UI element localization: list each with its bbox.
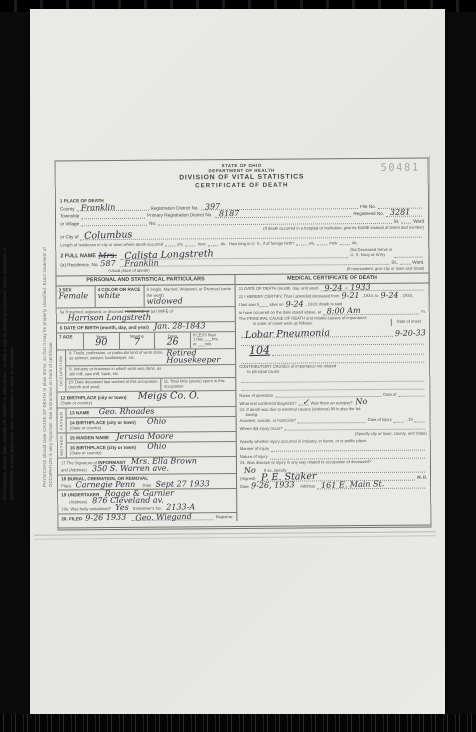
- abode-note: (Usual place of abode): [108, 269, 149, 274]
- date-of-death-field: 9-24 - 1933: [320, 285, 423, 292]
- ds-label: ds.: [221, 242, 227, 247]
- nature-label: Nature of injury: [240, 455, 268, 460]
- father-birthplace-row: 14 BIRTHPLACE (city or town) Ohio (State…: [67, 417, 236, 433]
- mother-birthplace-label: 16 BIRTHPLACE (city or town): [70, 445, 136, 451]
- cause-field: Lobar Pneumonia: [241, 328, 393, 338]
- primary-registration-value: 8187: [218, 211, 239, 218]
- navy-army-line2: U. S. Navy or Army: [350, 252, 385, 257]
- township-label: Township: [60, 213, 79, 219]
- bleed-text-line1: PHYSICIANS should state CAUSE OF DEATH i…: [2, 140, 7, 500]
- principal-cause-header: The PRINCIPAL CAUSE OF DEATH and related…: [239, 316, 426, 327]
- accident-label: Accident, suicide, or homicide?: [240, 419, 296, 424]
- county-field: Franklin: [76, 205, 148, 212]
- form-header: STATE OF OHIO DEPARTMENT OF HEALTH DIVIS…: [56, 159, 428, 198]
- residence-ward-field: [400, 259, 410, 265]
- color-value: white: [98, 291, 121, 300]
- street-no-label: No.: [149, 220, 156, 226]
- spouse-row: 5a If married, widowed, or divorced HUSB…: [57, 307, 235, 324]
- mother-name-value: Jerusia Moore: [116, 432, 173, 441]
- father-birthplace-value: Ohio: [147, 416, 166, 425]
- address-value: 161 E. Main St.: [321, 482, 384, 490]
- manner-row: Manner of injury: [240, 445, 427, 452]
- filed-row: 20. FILED 9-26 1933 Geo. Wiegand Registr…: [58, 513, 236, 523]
- last-saw-value: 9-24: [285, 301, 303, 308]
- embalmer-no-label: Embalmer's No.: [133, 505, 162, 510]
- diagnosis-test-label: What test confirmed diagnosis?: [239, 401, 296, 406]
- wife-of-label: (or) WIFE of: [151, 308, 173, 313]
- injury-19-label: , 19: [406, 418, 413, 423]
- attended-from-value: 9-21: [341, 293, 359, 300]
- less-than-day-cell: If LESS than 1 day, ___hrs. or ___min.: [191, 332, 235, 349]
- father-block: FATHER 13 NAME Geo. Rhoades 14 BIRTHPLAC…: [58, 407, 236, 433]
- embalmer-no-value: 2133-A: [166, 502, 195, 511]
- foreign-yrs-field: [297, 240, 307, 246]
- informant-address-value: 350 S. Warren ave.: [92, 464, 169, 474]
- county-value: Franklin: [80, 204, 115, 211]
- injury-date-field: [394, 417, 404, 423]
- contributory-line2: to principal cause:: [247, 369, 280, 374]
- signature-date-row: Date 9-26, 1933 Address 161 E. Main St.: [240, 482, 427, 490]
- sex-cell: 3 SEX Female: [57, 286, 96, 307]
- village-field: [81, 220, 147, 227]
- spouse-value: Harrison Longstreth: [68, 312, 151, 322]
- cause-of-death-value: Lobar Pneumonia: [245, 329, 330, 339]
- scanned-paper: PHYSICIANS should state CAUSE OF DEATH i…: [30, 9, 445, 716]
- ward-label: Ward: [413, 218, 424, 224]
- burial-date-value: Sept 27 1933: [155, 479, 209, 488]
- mother-vertical-label: MOTHER: [58, 434, 67, 458]
- birthplace-label: 12 BIRTHPLACE (city or town): [60, 395, 126, 401]
- operation-label: Name of operation: [239, 393, 273, 398]
- place-of-death-section: 1 PLACE OF DEATH County Franklin Registr…: [56, 195, 429, 275]
- death-certificate-form: STATE OF OHIO DEPARTMENT OF HEALTH DIVIS…: [55, 158, 432, 531]
- scan-torn-bottom-edge: [0, 714, 476, 732]
- nature-row: Nature of injury: [240, 452, 427, 459]
- foreign-mos-label: mos.: [329, 241, 338, 246]
- mother-birthplace-value: Ohio: [147, 441, 166, 450]
- foreign-birth-note: How long in U. S., if of foreign birth?: [229, 241, 295, 246]
- navy-army-label: Did Deceased Serve in U. S. Navy or Army: [350, 247, 392, 258]
- years-value: 90: [95, 337, 107, 348]
- bleed-text-line2: OCCUPATION is very important. See instru…: [9, 140, 14, 500]
- printed-margin-note: PHYSICIANS should state CAUSE OF DEATH i…: [42, 157, 55, 487]
- mos-label: mos.: [198, 242, 207, 247]
- external-causes-line2: lowing:: [246, 412, 259, 417]
- residence-street-value: Franklin: [124, 260, 159, 267]
- injury-year-field: [415, 416, 425, 422]
- total-time-label: 11. Total time (years) spent in this occ…: [162, 378, 236, 390]
- residence-length-note: Length of residence in city or town wher…: [60, 242, 163, 248]
- file-number-stamp: 50481: [380, 162, 419, 175]
- trade-row: 8. Trade, profession, or particular kind…: [66, 349, 235, 366]
- manner-field: [271, 445, 425, 452]
- marital-value: widowed: [147, 297, 183, 306]
- time-of-death-value: 8:00 Am: [327, 308, 361, 315]
- registered-no-field: 3281: [386, 210, 422, 216]
- certify-to-label: , 1933, to: [361, 294, 378, 299]
- last-saw-label: I last saw h____ alive on: [239, 303, 284, 308]
- margin-note-line2: OCCUPATION is very important. See instru…: [48, 157, 53, 487]
- occupation-related-label: 24. Was disease or injury in any way rel…: [240, 460, 371, 466]
- residence-label: (a) Residence. No.: [60, 262, 98, 268]
- principal-cause-line2: in order of onset were as follows:: [253, 321, 313, 326]
- res-ds-field: [209, 241, 219, 247]
- village-label: or Village: [60, 221, 79, 227]
- age-years-cell: Years 90: [84, 333, 120, 350]
- filed-date-value: 9-26 1933: [85, 514, 126, 522]
- filed-label: 20. FILED: [61, 516, 82, 522]
- certify-to-end: , 1933,: [400, 294, 413, 299]
- signature-date-value: 9-26, 1933: [251, 482, 295, 490]
- where-injury-label: Where did injury occur?: [240, 426, 283, 431]
- registration-district-value: 397: [205, 204, 220, 211]
- city-value: Columbus: [84, 232, 132, 241]
- operation-row: Name of operation Date of: [239, 391, 426, 398]
- file-no-label: File No.: [360, 203, 376, 209]
- residence-st-label: St.,: [391, 260, 398, 266]
- operation-date-field: [398, 391, 424, 397]
- accident-row: Accident, suicide, or homicide? Date of …: [240, 416, 427, 423]
- meridiem-label: m.: [421, 310, 426, 315]
- navy-army-field: [394, 251, 422, 257]
- days-value: 26: [167, 337, 179, 348]
- form-columns: 3 SEX Female 4 COLOR OR RACE white 5 Sin…: [57, 284, 431, 523]
- accident-field: [298, 417, 366, 424]
- age-row: 7 AGE Years 90 Months 7 Days 26: [57, 332, 235, 351]
- age-months-cell: Months 7: [120, 332, 156, 349]
- primary-registration-label: Primary Registration District No.: [147, 212, 212, 218]
- certify-row: 22 I HEREBY CERTIFY, That I attended dec…: [239, 292, 426, 300]
- last-worked-row: 10. Date deceased last worked at this oc…: [66, 378, 235, 391]
- informant-address-label: and (Address): [61, 467, 87, 472]
- address-label: Address: [300, 484, 315, 489]
- father-name-label: 13 NAME: [70, 411, 90, 416]
- where-injury-field: [285, 424, 425, 431]
- left-margin-bleed-text: PHYSICIANS should state CAUSE OF DEATH i…: [2, 140, 18, 500]
- residence-ward-label: Ward.: [412, 259, 424, 265]
- diagnosis-test-field: ✓: [299, 400, 309, 406]
- registrar-signature: Geo. Wiegand: [135, 514, 192, 522]
- burial-place-label: Place: [61, 483, 71, 488]
- father-vertical-label: FATHER: [58, 409, 67, 433]
- color-cell: 4 COLOR OR RACE white: [96, 286, 145, 307]
- signature-date-label: Date: [240, 485, 249, 490]
- mother-block: MOTHER 15 MAIDEN NAME Jerusia Moore 16 B…: [58, 432, 236, 458]
- time-of-death-field: 8:00 Am: [323, 308, 419, 315]
- street-label: St.: [394, 218, 400, 224]
- where-injury-note: (Specify city or town, county, and State…: [355, 432, 427, 437]
- contributory-header: CONTRIBUTORY CAUSES of importance not re…: [239, 364, 426, 375]
- registered-no-label: Registered No.: [353, 211, 384, 217]
- father-birthplace-label: 14 BIRTHPLACE (city or town): [70, 420, 136, 426]
- attended-to-value: 9-24: [380, 292, 398, 299]
- birth-date-value: Jan. 28-1843: [154, 321, 206, 330]
- foreign-mos-field: [317, 240, 327, 246]
- specify-whether-label: Specify whether injury occurred in indus…: [240, 439, 368, 445]
- residence-no-value: 587: [101, 261, 116, 268]
- occupation-vertical-label: OCCUPATION: [57, 351, 66, 392]
- less-than-line3: or ___min.: [193, 342, 212, 347]
- undertaker-address-label: (Address): [69, 499, 87, 504]
- undertaker-row: 19 UNDERTAKER Rogge & Garnier (Address) …: [58, 489, 236, 514]
- mother-name-label: 15 MAIDEN NAME: [70, 435, 109, 440]
- yrs-label: yrs.: [177, 242, 184, 247]
- nature-field: [270, 452, 425, 459]
- sex-value: Female: [59, 291, 89, 300]
- res-mos-field: [186, 241, 196, 247]
- injury-date-label: Date of injury: [368, 418, 392, 423]
- father-birthplace-subnote: (State or country): [70, 425, 102, 430]
- manner-label: Manner of injury: [240, 447, 269, 452]
- registered-no-value: 3281: [390, 210, 411, 217]
- mother-birthplace-row: 16 BIRTHPLACE (city or town) Ohio (State…: [67, 442, 236, 458]
- age-label: 7 AGE: [59, 334, 73, 339]
- cause-of-death-row: Lobar Pneumonia 9-20-33: [239, 328, 426, 338]
- mother-birthplace-subnote: (State or country): [70, 450, 102, 455]
- hospital-note: (If death occurred in a hospital or inst…: [263, 225, 424, 231]
- foreign-ds-label: ds.: [352, 241, 358, 246]
- personal-particulars-column: 3 SEX Female 4 COLOR OR RACE white 5 Sin…: [57, 285, 238, 522]
- occupation-related-value: No: [244, 467, 256, 474]
- occupation-block: OCCUPATION 8. Trade, profession, or part…: [57, 349, 235, 392]
- marital-cell: 5 Single, Married, Widowed, or Divorced …: [145, 285, 235, 306]
- autopsy-label: Was there an autopsy?: [311, 401, 353, 406]
- sex-color-marital-row: 3 SEX Female 4 COLOR OR RACE white 5 Sin…: [57, 285, 235, 308]
- father-name-value: Geo. Rhoades: [99, 407, 155, 416]
- autopsy-value: No: [355, 399, 367, 406]
- primary-registration-field: 8187: [214, 211, 351, 218]
- foreign-yrs-label: yrs.: [309, 241, 316, 246]
- embalmed-label: 19a. Was body embalmed?: [61, 506, 111, 511]
- trade-label: 8. Trade, profession, or particular kind…: [69, 351, 165, 362]
- foreign-ds-field: [340, 240, 350, 246]
- county-label: County: [60, 206, 75, 212]
- age-cell: 7 AGE: [57, 333, 84, 350]
- address-field: 161 E. Main St.: [317, 482, 425, 489]
- res-yrs-field: [165, 241, 175, 247]
- birth-date-label: 6 DATE OF BIRTH (month, day, and year): [60, 325, 149, 331]
- burial-date-label: Date: [143, 482, 152, 487]
- trade-value-line2: Housekeeper: [166, 355, 220, 364]
- card-bottom-edge-line: [34, 531, 436, 540]
- cause-rule-line2: [272, 349, 424, 356]
- embalmed-value: Yes: [115, 503, 129, 512]
- contrib-rule-line2: [241, 383, 424, 390]
- operation-date-label: Date of: [383, 392, 396, 397]
- birthplace-subnote: (State or country): [60, 401, 92, 406]
- township-field: [81, 212, 145, 219]
- age-days-cell: Days 26: [155, 332, 191, 349]
- contrib-rule-line1: [241, 376, 424, 383]
- full-name-label: 2 FULL NAME: [60, 253, 96, 260]
- margin-note-line1: PHYSICIANS should state CAUSE OF DEATH i…: [42, 157, 47, 487]
- months-value: 7: [134, 337, 140, 348]
- nonresident-note: (If nonresident, give city or town and S…: [347, 266, 425, 272]
- informant-row: 17 The Signature of INFORMANT Mrs. Ella …: [58, 457, 236, 475]
- city-label: or City of: [60, 235, 78, 241]
- certificate-title: CERTIFICATE OF DEATH: [56, 180, 428, 190]
- diagnosis-test-value: ✓: [302, 399, 309, 406]
- mortality-code-value: 104: [249, 347, 270, 356]
- onset-date-value: 9-20-33: [395, 330, 426, 337]
- last-worked-label: 10. Date deceased last worked at this oc…: [66, 379, 162, 392]
- mortality-code-row: 104: [239, 346, 426, 356]
- registrar-signature-field: Geo. Wiegand: [131, 514, 214, 521]
- industry-label: 9. Industry or business in which work wa…: [69, 367, 165, 378]
- registrar-label: Registrar.: [216, 515, 234, 520]
- registration-district-label: Registration District No.: [150, 205, 198, 211]
- date-of-death-label: 21 DATE OF DEATH (month, day, and year): [239, 287, 319, 293]
- medical-certificate-column: 21 DATE OF DEATH (month, day, and year) …: [236, 284, 431, 521]
- burial-place-value: Carnegie Penn: [76, 479, 136, 488]
- date-of-onset-box: Date of onset: [391, 319, 426, 326]
- diagnosis-autopsy-row: What test confirmed diagnosis? ✓ Was the…: [239, 399, 426, 407]
- md-label: M. D.: [417, 475, 427, 480]
- personal-particulars-header: PERSONAL AND STATISTICAL PARTICULARS: [56, 275, 235, 286]
- birthplace-value: Meigs Co. O.: [138, 390, 200, 401]
- cause-rule-line3: [241, 356, 424, 363]
- street-field: [401, 218, 411, 224]
- occurred-row: to have occurred on the date stated abov…: [239, 308, 426, 315]
